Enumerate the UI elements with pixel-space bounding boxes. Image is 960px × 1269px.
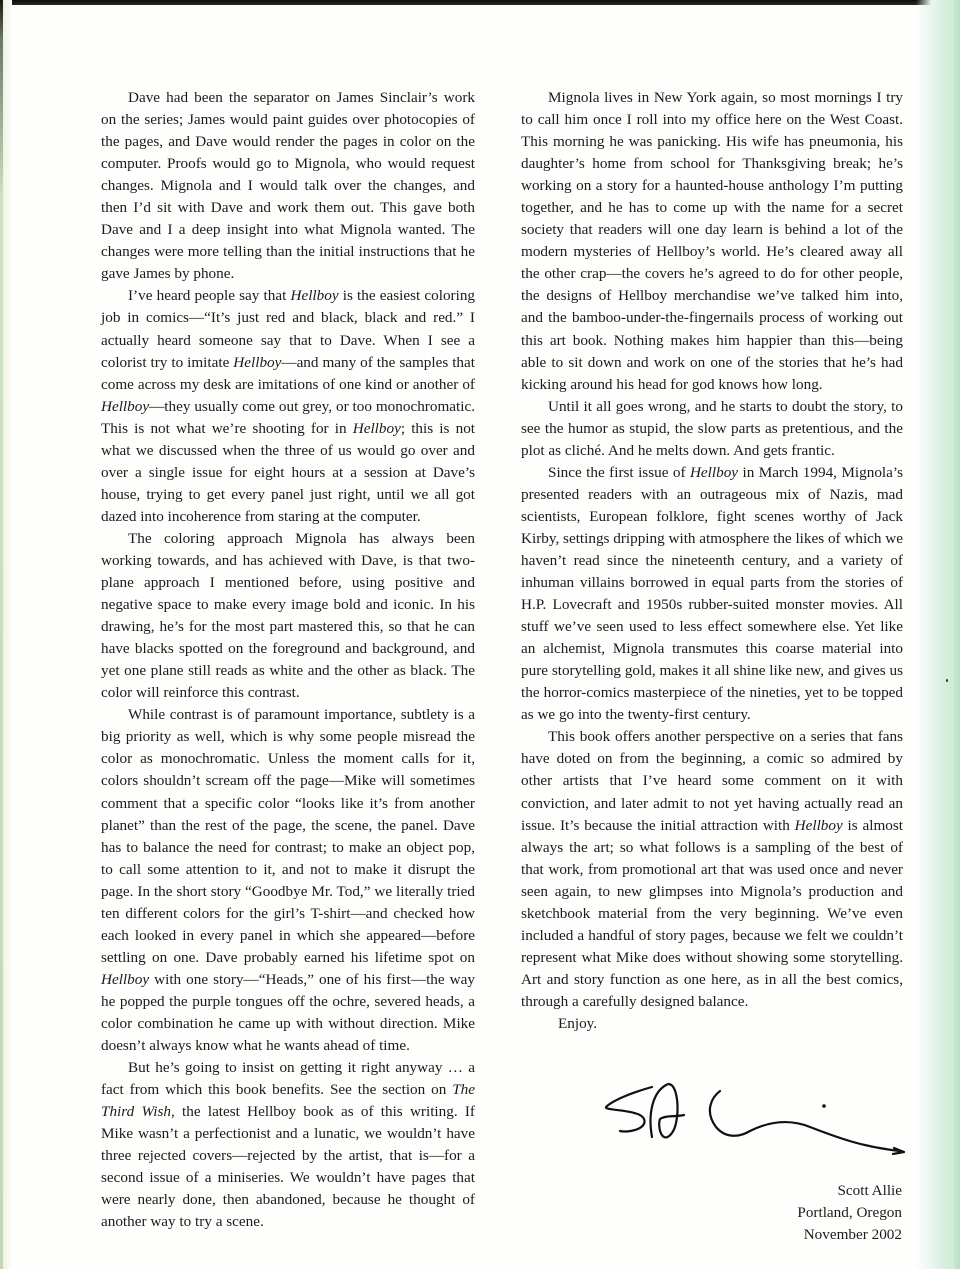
paragraph: I’ve heard people say that Hellboy is th… [101, 285, 475, 528]
left-text-column: Dave had been the separator on James Sin… [101, 87, 475, 1233]
signature-icon [600, 1075, 920, 1155]
italic-title: Hellboy [353, 420, 401, 437]
author-location: Portland, Oregon [797, 1202, 902, 1224]
italic-title: Hellboy [101, 971, 149, 988]
scan-speck [946, 679, 948, 682]
scan-right-edge [916, 0, 960, 1269]
scan-top-edge [0, 0, 960, 5]
italic-title: Hellboy [291, 287, 339, 304]
closing-line: Enjoy. [521, 1013, 903, 1035]
paragraph: Until it all goes wrong, and he starts t… [521, 396, 903, 462]
author-sign-off: Scott Allie Portland, Oregon November 20… [797, 1180, 902, 1246]
scan-left-edge [0, 0, 12, 1269]
paragraph: The coloring approach Mignola has always… [101, 528, 475, 704]
paragraph: While contrast is of paramount importanc… [101, 704, 475, 1057]
paragraph: Mignola lives in New York again, so most… [521, 87, 903, 396]
author-name: Scott Allie [797, 1180, 902, 1202]
book-page: Dave had been the separator on James Sin… [0, 0, 960, 1269]
paragraph: Dave had been the separator on James Sin… [101, 87, 475, 285]
italic-title: Hellboy [101, 398, 149, 415]
right-text-column: Mignola lives in New York again, so most… [521, 87, 903, 1035]
italic-title: Hellboy [233, 354, 281, 371]
sign-off-date: November 2002 [797, 1224, 902, 1246]
italic-title: The Third Wish [101, 1081, 475, 1120]
italic-title: Hellboy [690, 464, 738, 481]
italic-title: Hellboy [795, 817, 843, 834]
paragraph: Since the first issue of Hellboy in Marc… [521, 462, 903, 727]
paragraph: But he’s going to insist on getting it r… [101, 1057, 475, 1233]
paragraph: This book offers another perspective on … [521, 726, 903, 1013]
